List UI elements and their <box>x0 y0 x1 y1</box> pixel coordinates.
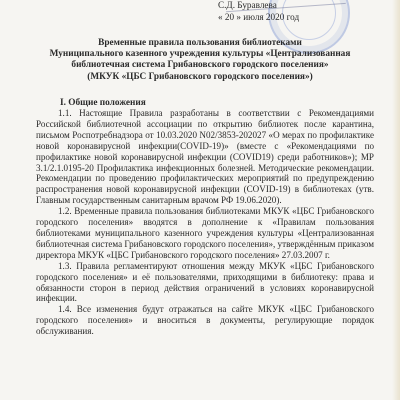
document-title: Временные правила пользования библиотека… <box>0 38 400 83</box>
title-line-1: Временные правила пользования библиотека… <box>0 38 400 49</box>
paragraph-1-4: 1.4. Все изменения будут отражаться на с… <box>36 304 374 337</box>
title-line-4: (МКУК «ЦБС Грибановского городского посе… <box>0 72 400 83</box>
section-body: 1.1. Настоящие Правила разработаны в соо… <box>36 108 374 337</box>
paragraph-1-1: 1.1. Настоящие Правила разработаны в соо… <box>36 108 374 206</box>
title-line-3: библиотечная система Грибановского город… <box>0 60 400 71</box>
section-heading: I. Общие положения <box>60 98 146 108</box>
document-page: С.Д. Буравлева « 20 » июля 2020 год Врем… <box>0 0 400 400</box>
page-edge-shadow <box>392 0 400 400</box>
title-line-2: Муниципального казенного учреждения куль… <box>0 49 400 60</box>
signatory-name: С.Д. Буравлева <box>218 0 299 12</box>
approval-block: С.Д. Буравлева « 20 » июля 2020 год <box>218 0 299 23</box>
approval-date: « 20 » июля 2020 год <box>218 12 299 24</box>
paragraph-1-2: 1.2. Временные правила пользования библи… <box>36 206 374 261</box>
paragraph-1-3: 1.3. Правила регламентируют отношения ме… <box>36 261 374 305</box>
